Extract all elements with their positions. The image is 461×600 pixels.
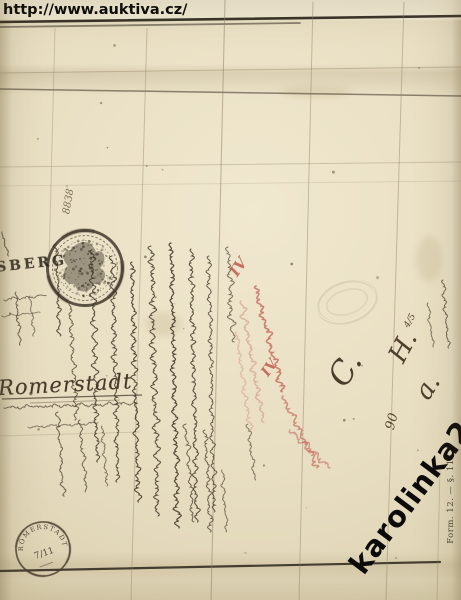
seal-speck [104,261,105,262]
seal-speck [83,286,85,288]
seal-speck [97,273,98,274]
seal-speck [88,240,91,243]
seal-speck [78,276,80,278]
ink-scribble [206,256,217,512]
fold-line [211,0,225,600]
seal-speck [101,248,104,251]
ink-scribble [189,249,201,522]
paper-speck [144,256,147,259]
seal-speck [97,274,99,276]
seal-speck [97,251,98,252]
seal-speck [70,250,72,252]
seal-speck [73,285,75,287]
seal-speck [96,269,97,270]
seal-speck [86,286,87,287]
seal-speck [68,277,69,278]
seal-speck [111,278,113,280]
ruled-line [0,89,461,96]
seal-speck [66,249,68,251]
crease-line [0,67,461,73]
ink-scribble [2,232,9,256]
seal-speck [98,266,99,267]
paper-speck [290,263,293,266]
seal-speck [102,245,104,247]
seal-speck [59,272,62,275]
seal-speck [63,278,65,280]
seal-speck [102,278,104,280]
seal-speck [98,291,99,292]
paper-speck [306,507,307,508]
seal-speck [67,246,68,247]
seal-speck [71,259,72,260]
seal-speck [86,288,88,290]
ruled-line [0,23,300,27]
paper-speck [418,67,420,69]
seal-speck [75,279,77,281]
seal-speck [81,285,83,287]
paper-speck [343,419,346,422]
ink-scribble [29,296,35,336]
seal-speck [66,285,68,287]
seal-speck [91,287,93,289]
seal-speck [105,255,106,256]
scanned-letter: RÖMERSTADT 7/11 SBERG 8838 Romerstadt IV… [0,0,461,600]
seal-speck [85,252,86,253]
seal-speck [61,276,63,278]
seal-speck [81,260,82,261]
seal-speck [75,273,76,274]
seal-speck [100,283,101,284]
ink-scribble [78,420,87,492]
seal-speck [82,242,85,245]
seal-speck [83,258,84,259]
ink-scribble [2,312,40,317]
seal-speck [75,265,77,267]
paper-speck [146,165,148,167]
seal-speck [108,282,110,284]
seal-speck [77,272,79,274]
seal-speck [63,283,64,284]
ink-scribble [69,302,79,420]
seal-speck [78,270,81,273]
seal-speck [103,281,106,284]
seal-speck [71,261,73,263]
seal-speck [79,274,80,275]
seal-speck [106,275,108,277]
seal-speck [99,263,101,265]
seal-speck [96,253,99,256]
seal-speck [86,272,89,275]
seal-speck [82,245,85,248]
seal-speck [63,248,66,251]
ink-scribble [101,426,108,486]
seal-speck [79,258,81,260]
cds-date-text: 7/11 [33,546,55,562]
ink-scribble [289,430,330,468]
seal-speck [87,283,90,286]
paper-speck [183,328,185,330]
ink-scribble [221,470,228,532]
seal-speck [83,263,85,265]
seal-speck [85,282,87,284]
ink-scribble [282,396,318,468]
seal-speck [100,289,101,290]
paper-speck [107,147,108,148]
paper-speck [376,276,379,279]
seal-speck [100,244,101,245]
ink-scribble [246,424,256,480]
paper-speck [37,428,40,431]
seal-speck [96,282,98,284]
seal-speck [95,270,97,272]
ink-scribble [183,424,194,522]
seal-speck [80,249,81,250]
seal-speck [101,271,102,272]
paper-speck [332,171,335,174]
seal-speck [85,290,87,292]
paper-speck [263,464,265,466]
seal-speck [100,287,101,288]
seal-speck [96,243,98,245]
seal-speck [85,270,86,271]
seal-speck [72,246,75,249]
seal-speck [65,283,66,284]
seal-speck [77,240,80,243]
seal-speck [93,251,94,252]
seal-speck [96,248,98,250]
seal-speck [99,273,101,275]
seal-speck [73,292,74,293]
fold-line [49,28,55,262]
crease-line [0,432,140,436]
seal-speck [68,283,70,285]
paper-speck [155,296,157,298]
paper-speck [100,102,102,104]
seal-speck [71,273,72,274]
seal-speck [99,275,102,278]
paper-speck [9,312,11,314]
seal-speck [90,243,93,246]
paper-speck [244,552,246,554]
seal-speck [69,253,71,255]
seal-speck [80,268,82,270]
ink-scribble [203,430,213,532]
seal-speck [72,242,73,243]
seal-speck [87,245,89,247]
seal-speck [98,260,100,262]
seal-speck [76,292,79,295]
seal-speck [90,261,91,262]
seal-speck [71,247,72,248]
ink-scribble [28,422,98,428]
ink-scribble [240,301,264,422]
fold-line [299,2,313,600]
seal-speck [107,279,108,280]
seal-speck [63,274,65,276]
ink-scribble [169,243,181,528]
seal-speck [61,250,63,252]
seal-speck [83,240,84,241]
seal-speck [108,260,109,261]
seal-speck [75,251,76,252]
paper-speck [37,138,39,140]
seal-speck [99,284,100,285]
fold-line [131,28,147,600]
crease-line [0,181,461,186]
paper-speck [417,450,419,452]
seal-speck [78,287,80,289]
seal-speck [78,283,79,284]
source-url-watermark: http://www.auktiva.cz/ [3,2,187,18]
ink-scribble [235,332,252,432]
seal-speck [74,261,76,263]
seal-speck [101,261,103,263]
paper-speck [72,267,75,270]
seal-speck [109,276,112,279]
seal-speck [102,265,104,267]
seal-speck [81,272,84,275]
seal-speck [69,251,70,252]
ink-scribble [4,295,46,301]
seal-speck [72,249,74,251]
seal-speck [61,269,63,271]
paper-speck [113,44,116,47]
paper-speck [174,303,176,305]
paper-speck [162,169,164,171]
seal-speck [107,276,108,277]
paper-speck [135,567,138,570]
ink-scribble [4,402,135,409]
paper-speck [353,418,355,420]
embossed-seal [311,273,381,331]
seal-speck [83,295,85,297]
seal-speck [69,288,71,290]
seal-speck [76,259,77,260]
seal-speck [87,253,89,255]
seal-speck [77,288,80,291]
paper-speck [395,557,397,559]
ink-scribble [442,280,451,348]
crease-line [0,162,461,167]
seal-speck [76,246,78,248]
ink-scribble [427,303,434,347]
